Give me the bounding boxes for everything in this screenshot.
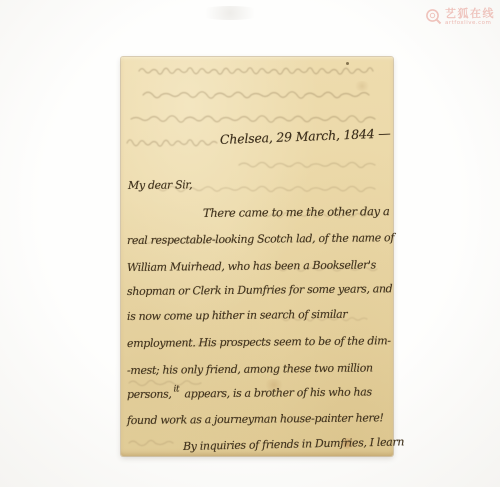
letter-line: found work as a journeyman house-painter… <box>127 411 384 427</box>
watermark: 艺狐在线 artfoxlive.com <box>425 8 495 26</box>
letter-line: William Muirhead, who has been a Booksel… <box>127 258 376 274</box>
letter-line: persons,it appears, is a brother of his … <box>127 385 372 401</box>
line-text: persons, <box>127 388 172 401</box>
background-smudge <box>195 6 265 20</box>
magnifier-icon <box>425 8 442 25</box>
photo-background: 艺狐在线 artfoxlive.com Chelsea, 29 March, 1… <box>0 0 500 487</box>
letter-line: There came to me the other day a <box>203 204 390 220</box>
letter-line: shopman or Clerk in Dumfries for some ye… <box>127 282 392 298</box>
line-text: appears, is a brother of his who has <box>181 385 372 400</box>
letter-salutation: My dear Sir, <box>128 178 192 192</box>
letter-line: -mest; his only friend, among these two … <box>127 361 373 377</box>
inserted-word: it <box>173 384 179 394</box>
watermark-text: 艺狐在线 <box>445 8 495 19</box>
letter-paper: Chelsea, 29 March, 1844 — My dear Sir, T… <box>121 57 393 456</box>
watermark-subtext: artfoxlive.com <box>445 21 495 27</box>
letter-line: employment. His prospects seem to be of … <box>127 334 391 350</box>
letter-line: is now come up hither in search of simil… <box>127 308 347 323</box>
